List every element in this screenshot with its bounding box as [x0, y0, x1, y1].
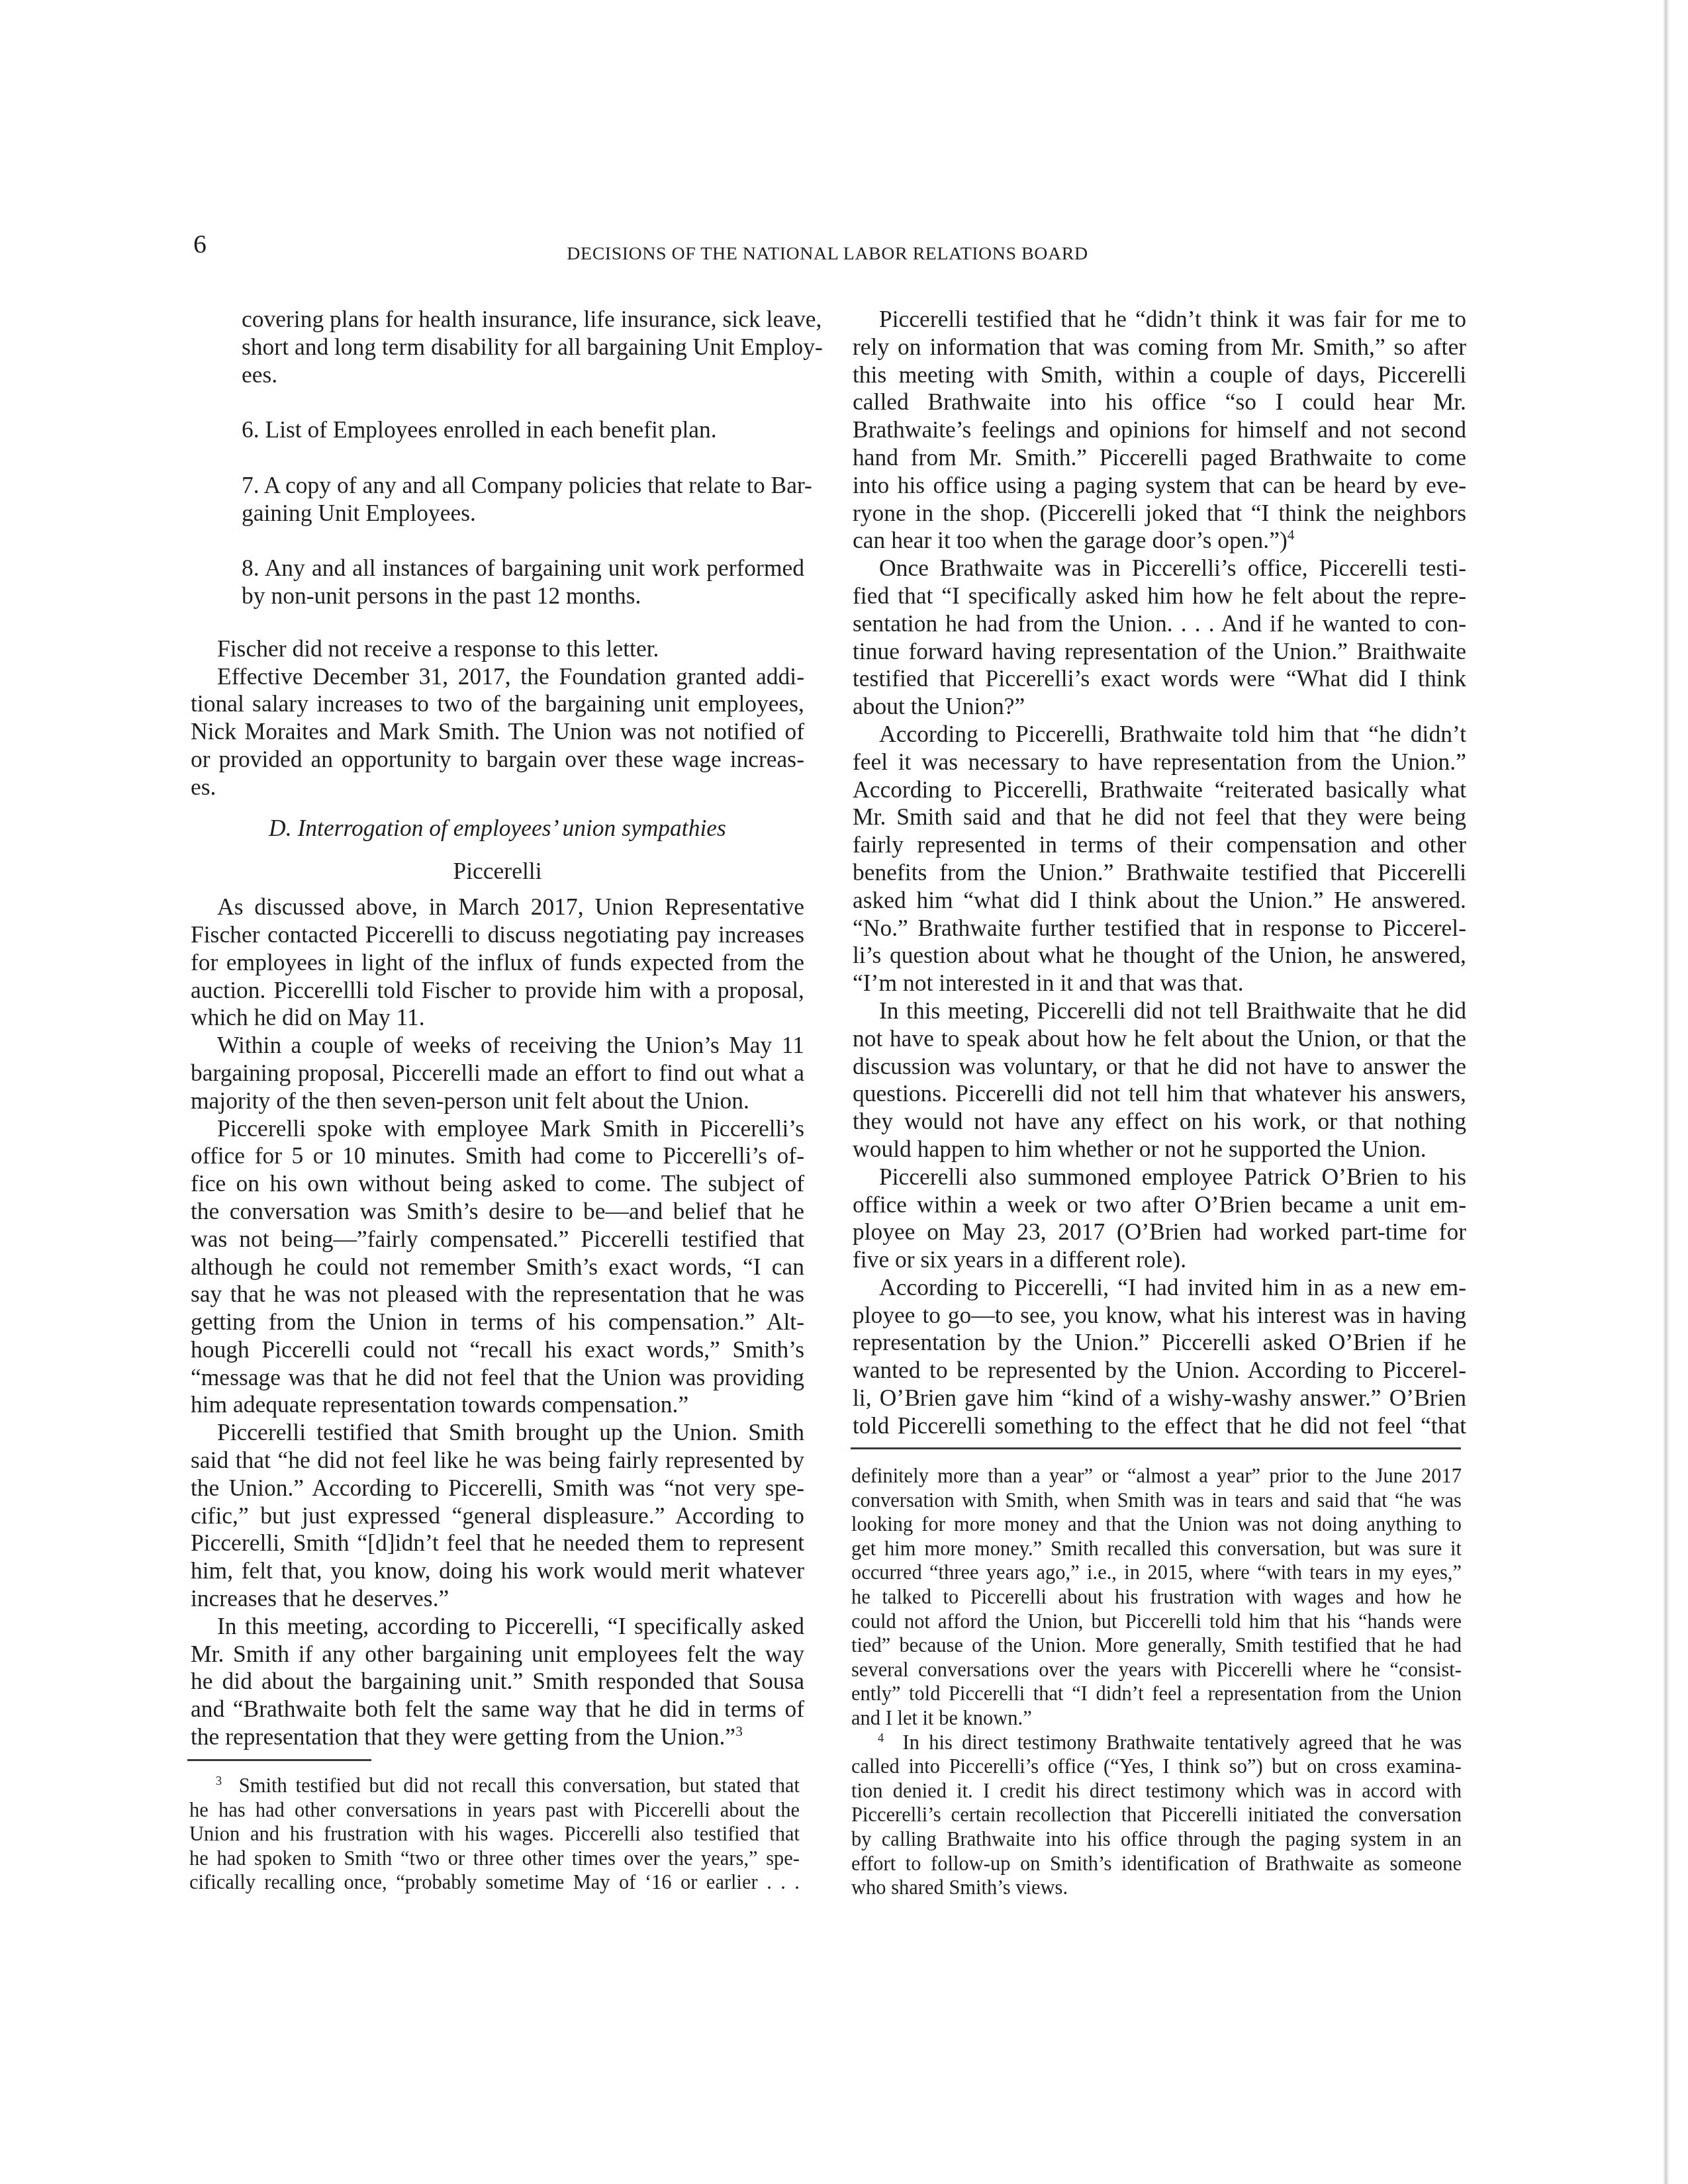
text-line: As discussed above, in March 2017, Union… [191, 893, 804, 921]
text-line: sentation he had from the Union. . . . A… [853, 610, 1466, 638]
text-line: looking for more money and that the Unio… [851, 1512, 1462, 1537]
paragraph-fischer-no-response: Fischer did not receive a response to th… [191, 635, 804, 663]
section-heading: D. Interrogation of employees’ union sym… [191, 815, 804, 842]
text-line: conversation with Smith, when Smith was … [851, 1488, 1462, 1513]
text-line: about the Union?” [853, 693, 1466, 721]
text-line: questions. Piccerelli did not tell him t… [853, 1080, 1466, 1108]
footnote-4: 4 In his direct testimony Brathwaite ten… [851, 1731, 1462, 1900]
text-line: the Union.” According to Piccerelli, Smi… [191, 1475, 804, 1502]
text-line: say that he was not pleased with the rep… [191, 1281, 804, 1308]
text-line: not have to speak about how he felt abou… [853, 1025, 1466, 1053]
running-title: DECISIONS OF THE NATIONAL LABOR RELATION… [463, 242, 1192, 266]
text-line: gaining Unit Employees. [191, 500, 804, 527]
text-line: tion denied it. I credit his direct test… [851, 1779, 1462, 1803]
request-list-item-7: 7. A copy of any and all Company policie… [191, 472, 804, 527]
text-line: According to Piccerelli, “I had invited … [853, 1274, 1466, 1302]
text-line: Mr. Smith said and that he did not feel … [853, 803, 1466, 831]
text-line: tional salary increases to two of the ba… [191, 690, 804, 718]
text-line: ees. [191, 361, 804, 389]
paragraph-brathwaite-response: According to Piccerelli, Brathwaite told… [853, 721, 1466, 997]
text-line: representation by the Union.” Piccerelli… [853, 1329, 1466, 1357]
text-line: bargaining proposal, Piccerelli made an … [191, 1060, 804, 1087]
text-line: ployee on May 23, 2017 (O’Brien had work… [853, 1218, 1466, 1246]
text-line: majority of the then seven-person unit f… [191, 1087, 804, 1115]
text-line: Fischer did not receive a response to th… [191, 635, 804, 663]
footnote-reference-3[interactable]: 3 [735, 1723, 743, 1739]
text-line: him, felt that, you know, doing his work… [191, 1557, 804, 1585]
text-line: they would not have any effect on his wo… [853, 1108, 1466, 1136]
right-column: Piccerelli testified that he “didn’t thi… [853, 306, 1466, 1440]
text-line-content: In his direct testimony Brathwaite tenta… [903, 1731, 1462, 1754]
text-line: occurred “three years ago,” i.e., in 201… [851, 1561, 1462, 1585]
text-line: Piccerelli, Smith “[d]idn’t feel that he… [191, 1529, 804, 1557]
text-line: Piccerelli also summoned employee Patric… [853, 1163, 1466, 1191]
text-line: feel it was necessary to have representa… [853, 749, 1466, 776]
text-line: asked him “what did I think about the Un… [853, 887, 1466, 915]
text-line: the representation that they were gettin… [191, 1723, 804, 1751]
text-line: tied” because of the Union. More general… [851, 1633, 1462, 1658]
text-line: would happen to him whether or not he su… [853, 1136, 1466, 1163]
text-line: Fischer contacted Piccerelli to discuss … [191, 921, 804, 949]
text-line: es. [191, 774, 804, 801]
text-line: office for 5 or 10 minutes. Smith had co… [191, 1142, 804, 1170]
paragraph-salary-increases: Effective December 31, 2017, the Foundat… [191, 663, 804, 801]
paragraph-once-in-office: Once Brathwaite was in Piccerelli’s offi… [853, 555, 1466, 721]
text-line: ently” told Piccerelli that “I didn’t fe… [851, 1682, 1462, 1706]
text-line: into his office using a paging system th… [853, 472, 1466, 500]
text-line: called Brathwaite into his office “so I … [853, 388, 1466, 416]
text-line: he had spoken to Smith “two or three oth… [189, 1846, 800, 1871]
text-line: or provided an opportunity to bargain ov… [191, 746, 804, 774]
text-line: Piccerelli spoke with employee Mark Smit… [191, 1115, 804, 1143]
footnote-3-continuation: definitely more than a year” or “almost … [851, 1464, 1462, 1731]
text-line: Piccerelli testified that Smith brought … [191, 1419, 804, 1447]
paragraph-no-assurances: In this meeting, Piccerelli did not tell… [853, 997, 1466, 1163]
text-line: was not being—”fairly compensated.” Picc… [191, 1226, 804, 1253]
text-line: “I’m not interested in it and that was t… [853, 970, 1466, 997]
text-line: fied that “I specifically asked him how … [853, 582, 1466, 610]
footnote-marker: 3 [216, 1774, 222, 1788]
text-line: which he did on May 11. [191, 1004, 804, 1032]
text-line: office within a week or two after O’Brie… [853, 1191, 1466, 1219]
text-line: he did about the bargaining unit.” Smith… [191, 1668, 804, 1696]
text-line-content: the representation that they were gettin… [191, 1723, 735, 1750]
text-line: 3 Smith testified but did not recall thi… [189, 1774, 800, 1798]
text-line: “message was that he did not feel that t… [191, 1364, 804, 1392]
text-line: In this meeting, according to Piccerelli… [191, 1613, 804, 1641]
paragraph-specifically-asked: In this meeting, according to Piccerelli… [191, 1613, 804, 1751]
footnote-divider-left [187, 1759, 371, 1761]
paragraph-smith-brought-up-union: Piccerelli testified that Smith brought … [191, 1419, 804, 1613]
footnote-reference-4[interactable]: 4 [1288, 527, 1295, 543]
footnote-3: 3 Smith testified but did not recall thi… [189, 1774, 800, 1895]
text-line: increases that he deserves.” [191, 1585, 804, 1613]
text-line: by calling Brathwaite into his office th… [851, 1827, 1462, 1852]
text-line: Nick Moraites and Mark Smith. The Union … [191, 718, 804, 746]
text-line-content: Smith testified but did not recall this … [239, 1774, 800, 1797]
text-line: ployee to go—to see, you know, what his … [853, 1302, 1466, 1330]
text-line: get him more money.” Smith recalled this… [851, 1537, 1462, 1561]
text-line: testified that Piccerelli’s exact words … [853, 665, 1466, 693]
request-list-item-5-continuation: covering plans for health insurance, lif… [191, 306, 804, 388]
paragraph-within-weeks: Within a couple of weeks of receiving th… [191, 1032, 804, 1115]
text-line: he has had other conversations in years … [189, 1798, 800, 1823]
page-number: 6 [193, 228, 207, 260]
text-line: 4 In his direct testimony Brathwaite ten… [851, 1731, 1462, 1755]
paragraph-paged-brathwaite: Piccerelli testified that he “didn’t thi… [853, 306, 1466, 555]
text-line: auction. Piccerellli told Fischer to pro… [191, 977, 804, 1005]
text-line: short and long term disability for all b… [191, 334, 804, 361]
text-line: Piccerelli’s certain recollection that P… [851, 1803, 1462, 1827]
text-line: Piccerelli testified that he “didn’t thi… [853, 306, 1466, 334]
text-line: In this meeting, Piccerelli did not tell… [853, 997, 1466, 1025]
text-line-content: can hear it too when the garage door’s o… [853, 527, 1288, 553]
text-line: 8. Any and all instances of bargaining u… [191, 555, 804, 582]
text-line: ryone in the shop. (Piccerelli joked tha… [853, 500, 1466, 527]
paragraph-smith-meeting: Piccerelli spoke with employee Mark Smit… [191, 1115, 804, 1420]
text-line: 6. List of Employees enrolled in each be… [191, 416, 804, 444]
text-line: cifically recalling once, “probably some… [189, 1870, 800, 1895]
text-line: and I let it be known.” [851, 1706, 1462, 1731]
text-line: said that “he did not feel like he was b… [191, 1447, 804, 1475]
text-line: Brathwaite’s feelings and opinions for h… [853, 416, 1466, 444]
text-line: Once Brathwaite was in Piccerelli’s offi… [853, 555, 1466, 582]
text-line: cific,” but just expressed “general disp… [191, 1502, 804, 1530]
paragraph-march-2017: As discussed above, in March 2017, Union… [191, 893, 804, 1032]
text-line: li, O’Brien gave him “kind of a wishy-wa… [853, 1385, 1466, 1412]
text-line: discussion was voluntary, or that he did… [853, 1053, 1466, 1081]
subsection-heading: Piccerelli [191, 858, 804, 886]
scan-edge-shadow [1663, 0, 1669, 2184]
footnote-divider-right [851, 1447, 1461, 1449]
footnotes-right: definitely more than a year” or “almost … [851, 1464, 1462, 1900]
text-line: Union and his frustration with his wages… [189, 1822, 800, 1846]
text-line: called into Piccerelli’s office (“Yes, I… [851, 1754, 1462, 1779]
request-list-item-6: 6. List of Employees enrolled in each be… [191, 416, 804, 444]
text-line: can hear it too when the garage door’s o… [853, 527, 1466, 555]
text-line: 7. A copy of any and all Company policie… [191, 472, 804, 500]
text-line: wanted to be represented by the Union. A… [853, 1357, 1466, 1385]
text-line: li’s question about what he thought of t… [853, 942, 1466, 970]
text-line: hand from Mr. Smith.” Piccerelli paged B… [853, 444, 1466, 472]
paragraph-invited-obrien: According to Piccerelli, “I had invited … [853, 1274, 1466, 1440]
text-line: and “Brathwaite both felt the same way t… [191, 1696, 804, 1723]
text-line: this meeting with Smith, within a couple… [853, 361, 1466, 389]
footnote-marker: 4 [878, 1731, 884, 1744]
text-line: benefits from the Union.” Brathwaite tes… [853, 859, 1466, 887]
text-line: getting from the Union in terms of his c… [191, 1308, 804, 1336]
text-line: Mr. Smith if any other bargaining unit e… [191, 1641, 804, 1668]
text-line: Effective December 31, 2017, the Foundat… [191, 663, 804, 691]
text-line: several conversations over the years wit… [851, 1658, 1462, 1682]
text-line: fice on his own without being asked to c… [191, 1170, 804, 1198]
text-line: could not afford the Union, but Piccerel… [851, 1610, 1462, 1634]
text-line: definitely more than a year” or “almost … [851, 1464, 1462, 1488]
text-line: effort to follow-up on Smith’s identific… [851, 1852, 1462, 1876]
left-column: covering plans for health insurance, lif… [191, 306, 804, 1751]
text-line: five or six years in a different role). [853, 1246, 1466, 1274]
text-line: who shared Smith’s views. [851, 1876, 1462, 1900]
text-line: him adequate representation towards comp… [191, 1391, 804, 1419]
text-line: “No.” Brathwaite further testified that … [853, 915, 1466, 942]
text-line: rely on information that was coming from… [853, 334, 1466, 361]
text-line: for employees in light of the influx of … [191, 949, 804, 977]
text-line: According to Piccerelli, Brathwaite “rei… [853, 776, 1466, 804]
text-line: tinue forward having representation of t… [853, 638, 1466, 666]
text-line: According to Piccerelli, Brathwaite told… [853, 721, 1466, 749]
text-line: although he could not remember Smith’s e… [191, 1253, 804, 1281]
text-line: fairly represented in terms of their com… [853, 831, 1466, 859]
text-line: Within a couple of weeks of receiving th… [191, 1032, 804, 1060]
paragraph-summoned-obrien: Piccerelli also summoned employee Patric… [853, 1163, 1466, 1274]
text-line: hough Piccerelli could not “recall his e… [191, 1336, 804, 1364]
request-list-item-8: 8. Any and all instances of bargaining u… [191, 555, 804, 610]
text-line: by non-unit persons in the past 12 month… [191, 582, 804, 610]
text-line: covering plans for health insurance, lif… [191, 306, 804, 334]
text-line: the conversation was Smith’s desire to b… [191, 1198, 804, 1226]
text-line: he talked to Piccerelli about his frustr… [851, 1585, 1462, 1610]
text-line: told Piccerelli something to the effect … [853, 1412, 1466, 1440]
